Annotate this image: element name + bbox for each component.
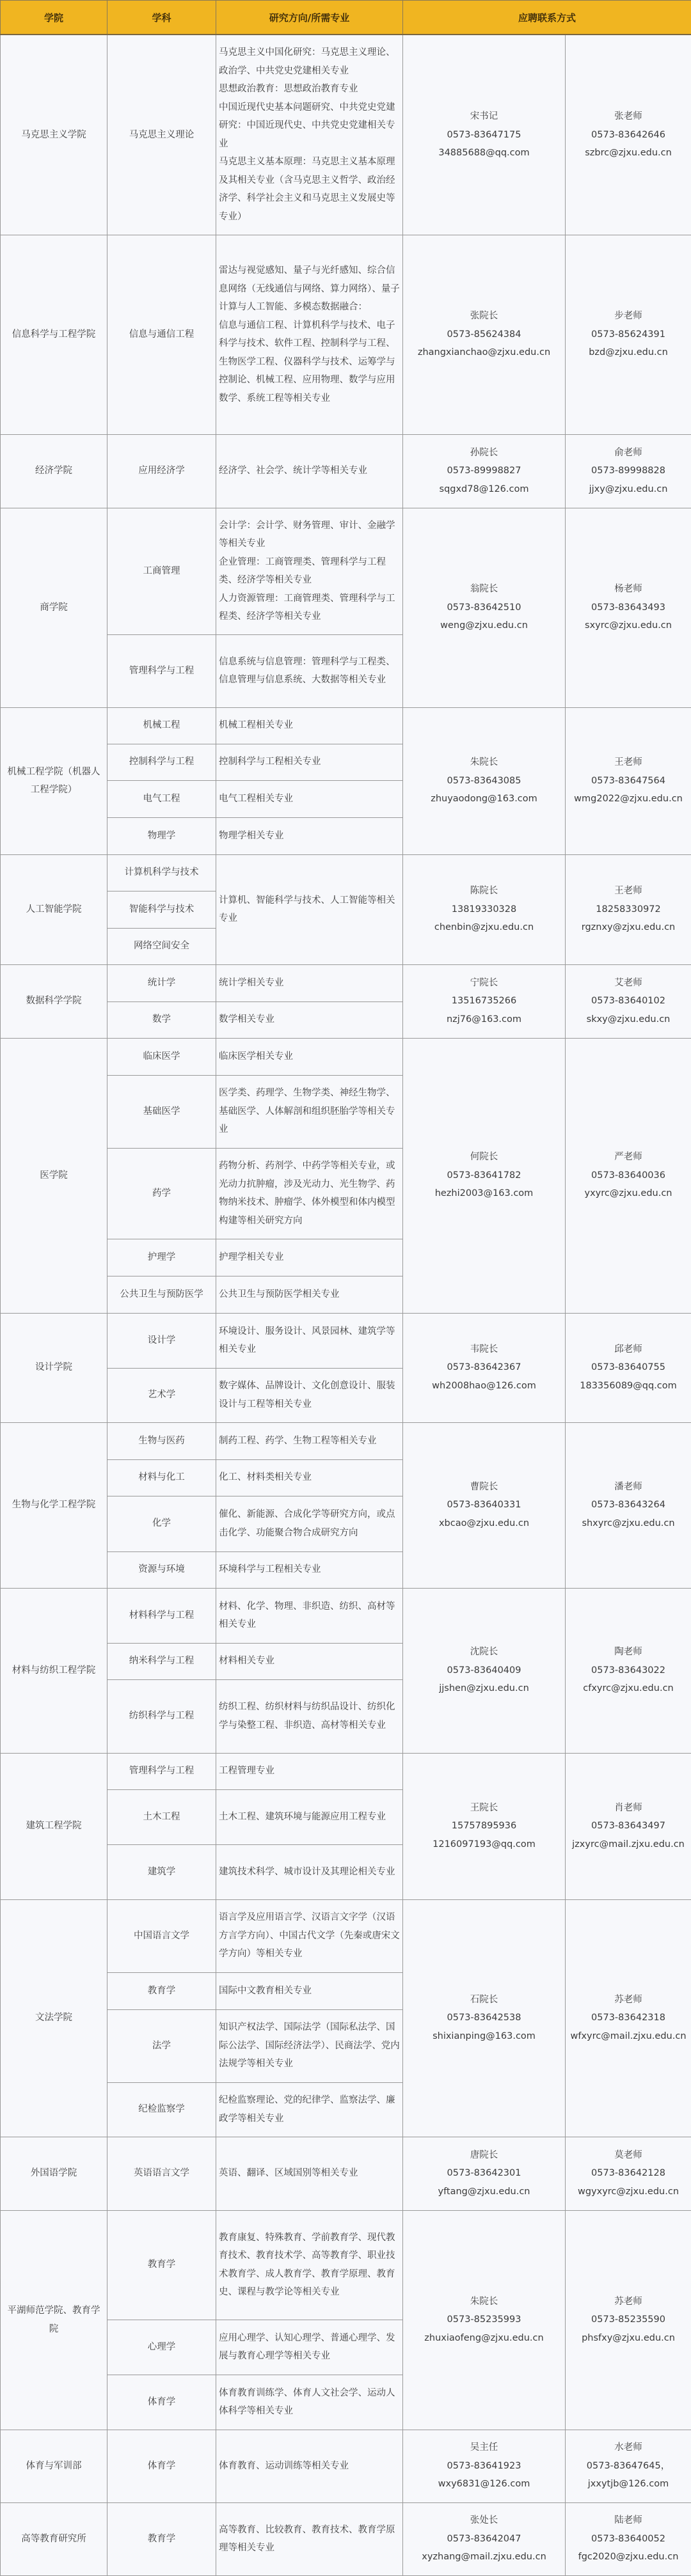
table-row: 设计学院设计学环境设计、服务设计、风景园林、建筑学等相关专业韦院长0573-83… <box>1 1313 691 1368</box>
table-row: 商学院工商管理会计学：会计学、财务管理、审计、金融学等相关专业 企业管理：工商管… <box>1 508 691 634</box>
research-direction: 材料相关专业 <box>216 1643 403 1679</box>
contact-name: 肖老师 <box>568 1799 688 1818</box>
discipline-name: 应用经济学 <box>107 434 216 508</box>
research-direction: 电气工程相关专业 <box>216 780 403 817</box>
contact-name: 石院长 <box>406 1991 562 2009</box>
college-name: 机械工程学院（机器人工程学院） <box>1 707 107 854</box>
discipline-name: 生物与医药 <box>107 1422 216 1459</box>
contact-email[interactable]: yxyrc@zjxu.edu.cn <box>568 1184 688 1203</box>
contact-name: 莫老师 <box>568 2146 688 2165</box>
discipline-name: 基础医学 <box>107 1075 216 1148</box>
contact-email[interactable]: sqgxd78@126.com <box>406 480 562 499</box>
contact-staff: 莫老师0573-83642128wgyxyrc@zjxu.edu.cn <box>566 2137 691 2210</box>
table-row: 体育与军训部体育学体育教育、运动训练等相关专业吴主任0573-83641923w… <box>1 2430 691 2502</box>
contact-email[interactable]: wfxyrc@mail.zjxu.edu.cn <box>568 2027 688 2046</box>
contact-email[interactable]: wgyxyrc@zjxu.edu.cn <box>568 2183 688 2201</box>
contact-email[interactable]: bzd@zjxu.edu.cn <box>568 343 688 362</box>
table-row: 马克思主义学院马克思主义理论马克思主义中国化研究：马克思主义理论、政治学、中共党… <box>1 35 691 235</box>
contact-email[interactable]: yftang@zjxu.edu.cn <box>406 2183 562 2201</box>
discipline-name: 工商管理 <box>107 508 216 634</box>
contact-email[interactable]: sxyrc@zjxu.edu.cn <box>568 617 688 635</box>
discipline-name: 设计学 <box>107 1313 216 1368</box>
table-row: 高等教育研究所教育学高等教育、比较教育、教育技术、教育学原理等相关专业张处长05… <box>1 2502 691 2575</box>
contact-name: 孙院长 <box>406 444 562 462</box>
research-direction: 马克思主义中国化研究：马克思主义理论、政治学、中共党史党建相关专业 思想政治教育… <box>216 35 403 235</box>
research-direction: 雷达与视觉感知、量子与光纤感知、综合信息网络（无线通信与网络、算力网络）、量子计… <box>216 235 403 434</box>
contact-staff: 俞老师0573-89998828jjxy@zjxu.edu.cn <box>566 434 691 508</box>
contact-email[interactable]: jjxy@zjxu.edu.cn <box>568 480 688 499</box>
contact-email[interactable]: hezhi2003@163.com <box>406 1184 562 1203</box>
contact-email[interactable]: weng@zjxu.edu.cn <box>406 617 562 635</box>
discipline-name: 计算机科学与技术 <box>107 854 216 891</box>
discipline-name: 护理学 <box>107 1239 216 1276</box>
contact-name: 沈院长 <box>406 1643 562 1661</box>
discipline-name: 纺织科学与工程 <box>107 1679 216 1753</box>
contact-email[interactable]: zhuyaodong@163.com <box>406 790 562 808</box>
contact-leader: 王院长157578959361216097193@qq.com <box>403 1753 566 1899</box>
discipline-name: 网络空间安全 <box>107 928 216 964</box>
discipline-name: 教育学 <box>107 2210 216 2320</box>
discipline-name: 电气工程 <box>107 780 216 817</box>
contact-name: 苏老师 <box>568 1991 688 2009</box>
contact-name: 杨老师 <box>568 580 688 599</box>
contact-name: 陈院长 <box>406 882 562 900</box>
table-row: 文法学院中国语言文学语言学及应用语言学、汉语言文字学（汉语方言学方向）、中国古代… <box>1 1899 691 1972</box>
contact-name: 张处长 <box>406 2511 562 2530</box>
contact-leader: 沈院长0573-83640409jjshen@zjxu.edu.cn <box>403 1588 566 1753</box>
contact-name: 曹院长 <box>406 1478 562 1496</box>
contact-email[interactable]: xyzhang@mail.zjxu.edu.cn <box>406 2548 562 2566</box>
contact-email[interactable]: zhuxiaofeng@zjxu.edu.cn <box>406 2329 562 2348</box>
college-name: 外国语学院 <box>1 2137 107 2210</box>
contact-phone: 0573-83641923 <box>406 2457 562 2476</box>
contact-name: 俞老师 <box>568 444 688 462</box>
college-name: 建筑工程学院 <box>1 1753 107 1899</box>
research-direction: 物理学相关专业 <box>216 817 403 854</box>
discipline-name: 物理学 <box>107 817 216 854</box>
research-direction: 教育康复、特殊教育、学前教育学、现代教育技术、教育技术学、高等教育学、职业技术教… <box>216 2210 403 2320</box>
research-direction: 高等教育、比较教育、教育技术、教育学原理等相关专业 <box>216 2502 403 2575</box>
contact-email[interactable]: skxy@zjxu.edu.cn <box>568 1010 688 1029</box>
discipline-name: 智能科学与技术 <box>107 891 216 928</box>
contact-phone: 13516735266 <box>406 992 562 1010</box>
contact-phone: 0573-85235993 <box>406 2311 562 2329</box>
discipline-name: 心理学 <box>107 2320 216 2375</box>
contact-phone: 0573-83647564 <box>568 772 688 790</box>
contact-staff: 王老师18258330972rgznxy@zjxu.edu.cn <box>566 854 691 964</box>
contact-staff: 潘老师0573-83643264shxyrc@zjxu.edu.cn <box>566 1422 691 1588</box>
research-direction: 制药工程、药学、生物工程等相关专业 <box>216 1422 403 1459</box>
contact-phone: 0573-85624384 <box>406 326 562 344</box>
contact-phone: 18258330972 <box>568 900 688 919</box>
table-row: 经济学院应用经济学经济学、社会学、统计学等相关专业孙院长0573-8999882… <box>1 434 691 508</box>
table-row: 建筑工程学院管理科学与工程工程管理专业王院长157578959361216097… <box>1 1753 691 1789</box>
research-direction: 环境设计、服务设计、风景园林、建筑学等相关专业 <box>216 1313 403 1368</box>
contact-staff: 肖老师0573-83643497jzxyrc@mail.zjxu.edu.cn <box>566 1753 691 1899</box>
contact-leader: 宋书记0573-8364717534885688@qq.com <box>403 35 566 235</box>
research-direction: 纺织工程、纺织材料与纺织品设计、纺织化学与染整工程、非织造、高材等相关专业 <box>216 1679 403 1753</box>
research-direction: 药物分析、药剂学、中药学等相关专业，或光动力抗肿瘤，涉及光动力、光生物学、药物纳… <box>216 1148 403 1239</box>
research-direction: 纪检监察理论、党的纪律学、监察法学、廉政学等相关专业 <box>216 2082 403 2137</box>
contact-staff: 陶老师0573-83643022cfxyrc@zjxu.edu.cn <box>566 1588 691 1753</box>
contact-staff: 苏老师0573-83642318wfxyrc@mail.zjxu.edu.cn <box>566 1899 691 2137</box>
discipline-name: 材料科学与工程 <box>107 1588 216 1643</box>
research-direction: 经济学、社会学、统计学等相关专业 <box>216 434 403 508</box>
contact-name: 张院长 <box>406 307 562 326</box>
contact-phone: 0573-83642301 <box>406 2164 562 2183</box>
research-direction: 公共卫生与预防医学相关专业 <box>216 1276 403 1313</box>
contact-leader: 宁院长13516735266nzj76@163.com <box>403 964 566 1038</box>
contact-leader: 石院长0573-83642538shixianping@163.com <box>403 1899 566 2137</box>
contact-leader: 孙院长0573-89998827sqgxd78@126.com <box>403 434 566 508</box>
discipline-name: 统计学 <box>107 964 216 1001</box>
discipline-name: 临床医学 <box>107 1038 216 1075</box>
college-name: 生物与化学工程学院 <box>1 1422 107 1588</box>
research-direction: 语言学及应用语言学、汉语言文字学（汉语方言学方向）、中国古代文学（先秦或唐宋文学… <box>216 1899 403 1972</box>
research-direction: 体育教育训练学、体育人文社会学、运动人体科学等相关专业 <box>216 2375 403 2430</box>
contact-phone: 0573-83643022 <box>568 1661 688 1680</box>
contact-phone: 0573-83640052 <box>568 2530 688 2549</box>
contact-leader: 张院长0573-85624384zhangxianchao@zjxu.edu.c… <box>403 235 566 434</box>
contact-name: 步老师 <box>568 307 688 326</box>
contact-leader: 朱院长0573-83643085zhuyaodong@163.com <box>403 707 566 854</box>
college-name: 材料与纺织工程学院 <box>1 1588 107 1753</box>
header-contact: 应聘联系方式 <box>403 1 691 35</box>
contact-name: 朱院长 <box>406 753 562 772</box>
research-direction: 知识产权法学、国际法学（国际私法学、国际公法学、国际经济法学）、民商法学、党内法… <box>216 2009 403 2082</box>
contact-name: 邱老师 <box>568 1340 688 1359</box>
research-direction: 医学类、药理学、生物学类、神经生物学、基础医学、人体解剖和组织胚胎学等相关专业 <box>216 1075 403 1148</box>
contact-leader: 陈院长13819330328chenbin@zjxu.edu.cn <box>403 854 566 964</box>
discipline-name: 土木工程 <box>107 1789 216 1844</box>
contact-email[interactable]: shixianping@163.com <box>406 2027 562 2046</box>
discipline-name: 教育学 <box>107 1972 216 2009</box>
contact-leader: 唐院长0573-83642301yftang@zjxu.edu.cn <box>403 2137 566 2210</box>
contact-phone: 0573-83642646 <box>568 126 688 145</box>
research-direction: 数学相关专业 <box>216 1001 403 1038</box>
discipline-name: 化学 <box>107 1496 216 1551</box>
college-name: 信息科学与工程学院 <box>1 235 107 434</box>
research-direction: 催化、新能源、合成化学等研究方向，或点击化学、功能聚合物合成研究方向 <box>216 1496 403 1551</box>
research-direction: 环境科学与工程相关专业 <box>216 1551 403 1588</box>
contact-phone: 0573-89998828 <box>568 462 688 480</box>
contact-email[interactable]: cfxyrc@zjxu.edu.cn <box>568 1679 688 1698</box>
header-discipline: 学科 <box>107 1 216 35</box>
discipline-name: 马克思主义理论 <box>107 35 216 235</box>
contact-phone: 0573-85624391 <box>568 326 688 344</box>
contact-name: 宁院长 <box>406 974 562 993</box>
contact-name: 韦院长 <box>406 1340 562 1359</box>
contact-phone: 0573-83642128 <box>568 2164 688 2183</box>
recruitment-table: 学院 学科 研究方向/所需专业 应聘联系方式 马克思主义学院马克思主义理论马克思… <box>0 0 691 2576</box>
contact-name: 苏老师 <box>568 2293 688 2311</box>
contact-phone: 0573-83643085 <box>406 772 562 790</box>
contact-name: 翁院长 <box>406 580 562 599</box>
contact-phone: 0573-83642510 <box>406 599 562 617</box>
contact-leader: 张处长0573-83642047xyzhang@mail.zjxu.edu.cn <box>403 2502 566 2575</box>
contact-staff: 步老师0573-85624391bzd@zjxu.edu.cn <box>566 235 691 434</box>
header-college: 学院 <box>1 1 107 35</box>
contact-staff: 陆老师0573-83640052fgc2020@zjxu.edu.cn <box>566 2502 691 2575</box>
research-direction: 土木工程、建筑环境与能源应用工程专业 <box>216 1789 403 1844</box>
discipline-name: 机械工程 <box>107 707 216 744</box>
contact-email[interactable]: wmg2022@zjxu.edu.cn <box>568 790 688 808</box>
contact-email[interactable]: phsfxy@zjxu.edu.cn <box>568 2329 688 2348</box>
contact-name: 陶老师 <box>568 1643 688 1661</box>
discipline-name: 体育学 <box>107 2375 216 2430</box>
college-name: 体育与军训部 <box>1 2430 107 2502</box>
research-direction: 信息系统与信息管理：管理科学与工程类、信息管理与信息系统、大数据等相关专业 <box>216 634 403 707</box>
research-direction: 化工、材料类相关专业 <box>216 1459 403 1496</box>
table-row: 医学院临床医学临床医学相关专业何院长0573-83641782hezhi2003… <box>1 1038 691 1075</box>
discipline-name: 信息与通信工程 <box>107 235 216 434</box>
contact-phone: 0573-85235590 <box>568 2311 688 2329</box>
contact-name: 潘老师 <box>568 1478 688 1496</box>
discipline-name: 纳米科学与工程 <box>107 1643 216 1679</box>
contact-phone: 0573-83640036 <box>568 1166 688 1185</box>
contact-staff: 严老师0573-83640036yxyrc@zjxu.edu.cn <box>566 1038 691 1313</box>
contact-email[interactable]: fgc2020@zjxu.edu.cn <box>568 2548 688 2566</box>
contact-phone: 0573-83647175 <box>406 126 562 145</box>
contact-name: 王老师 <box>568 753 688 772</box>
contact-email[interactable]: chenbin@zjxu.edu.cn <box>406 918 562 937</box>
discipline-name: 数学 <box>107 1001 216 1038</box>
college-name: 人工智能学院 <box>1 854 107 964</box>
table-row: 数据科学学院统计学统计学相关专业宁院长13516735266nzj76@163.… <box>1 964 691 1001</box>
contact-leader: 韦院长0573-83642367wh2008hao@126.com <box>403 1313 566 1422</box>
college-name: 医学院 <box>1 1038 107 1313</box>
discipline-name: 公共卫生与预防医学 <box>107 1276 216 1313</box>
contact-email[interactable]: zhangxianchao@zjxu.edu.cn <box>406 343 562 362</box>
discipline-name: 体育学 <box>107 2430 216 2502</box>
college-name: 平湖师范学院、教育学院 <box>1 2210 107 2430</box>
discipline-name: 教育学 <box>107 2502 216 2575</box>
college-name: 马克思主义学院 <box>1 35 107 235</box>
contact-email[interactable]: szbrc@zjxu.edu.cn <box>568 144 688 162</box>
contact-name: 水老师 <box>568 2439 688 2457</box>
research-direction: 统计学相关专业 <box>216 964 403 1001</box>
contact-name: 何院长 <box>406 1148 562 1166</box>
contact-name: 王院长 <box>406 1799 562 1818</box>
table-header-row: 学院 学科 研究方向/所需专业 应聘联系方式 <box>1 1 691 35</box>
contact-name: 陆老师 <box>568 2511 688 2530</box>
contact-phone: 15757895936 <box>406 1817 562 1835</box>
college-name: 数据科学学院 <box>1 964 107 1038</box>
table-row: 材料与纺织工程学院材料科学与工程材料、化学、物理、非织造、纺织、高材等相关专业沈… <box>1 1588 691 1643</box>
contact-email[interactable]: jzxyrc@mail.zjxu.edu.cn <box>568 1835 688 1854</box>
contact-phone: 0573-83642538 <box>406 2009 562 2027</box>
contact-leader: 翁院长0573-83642510weng@zjxu.edu.cn <box>403 508 566 707</box>
table-row: 外国语学院英语语言文学英语、翻译、区域国别等相关专业唐院长0573-836423… <box>1 2137 691 2210</box>
college-name: 设计学院 <box>1 1313 107 1422</box>
contact-phone: 13819330328 <box>406 900 562 919</box>
table-row: 生物与化学工程学院生物与医药制药工程、药学、生物工程等相关专业曹院长0573-8… <box>1 1422 691 1459</box>
contact-staff: 张老师0573-83642646szbrc@zjxu.edu.cn <box>566 35 691 235</box>
contact-email[interactable]: nzj76@163.com <box>406 1010 562 1029</box>
contact-email[interactable]: rgznxy@zjxu.edu.cn <box>568 918 688 937</box>
contact-staff: 水老师0573-83647645，jxxytjb@126.com <box>566 2430 691 2502</box>
contact-phone: 0573-83641782 <box>406 1166 562 1185</box>
contact-leader: 曹院长0573-83640331xbcao@zjxu.edu.cn <box>403 1422 566 1588</box>
contact-phone: 0573-83642367 <box>406 1358 562 1377</box>
research-direction: 应用心理学、认知心理学、普通心理学、发展与教育心理学等相关专业 <box>216 2320 403 2375</box>
contact-leader: 朱院长0573-85235993zhuxiaofeng@zjxu.edu.cn <box>403 2210 566 2430</box>
contact-name: 艾老师 <box>568 974 688 993</box>
contact-leader: 吴主任0573-83641923wxy6831@126.com <box>403 2430 566 2502</box>
contact-phone: 0573-83640409 <box>406 1661 562 1680</box>
contact-phone: 0573-83640755 <box>568 1358 688 1377</box>
contact-email[interactable]: jxxytjb@126.com <box>568 2475 688 2494</box>
discipline-name: 英语语言文学 <box>107 2137 216 2210</box>
contact-phone: 0573-83643497 <box>568 1817 688 1835</box>
research-direction: 数字媒体、品牌设计、文化创意设计、服装设计与工程等相关专业 <box>216 1368 403 1422</box>
research-direction: 工程管理专业 <box>216 1753 403 1789</box>
research-direction: 会计学：会计学、财务管理、审计、金融学等相关专业 企业管理：工商管理类、管理科学… <box>216 508 403 634</box>
contact-email[interactable]: 34885688@qq.com <box>406 144 562 162</box>
college-name: 商学院 <box>1 508 107 707</box>
research-direction: 控制科学与工程相关专业 <box>216 744 403 780</box>
contact-phone: 0573-83642047 <box>406 2530 562 2549</box>
college-name: 文法学院 <box>1 1899 107 2137</box>
contact-phone: 0573-83640102 <box>568 992 688 1010</box>
contact-phone: 0573-83643264 <box>568 1496 688 1514</box>
table-row: 人工智能学院计算机科学与技术计算机、智能科学与技术、人工智能等相关专业陈院长13… <box>1 854 691 891</box>
contact-email[interactable]: xbcao@zjxu.edu.cn <box>406 1514 562 1533</box>
research-direction: 英语、翻译、区域国别等相关专业 <box>216 2137 403 2210</box>
discipline-name: 建筑学 <box>107 1844 216 1899</box>
contact-staff: 艾老师0573-83640102skxy@zjxu.edu.cn <box>566 964 691 1038</box>
contact-leader: 何院长0573-83641782hezhi2003@163.com <box>403 1038 566 1313</box>
contact-name: 张老师 <box>568 107 688 126</box>
research-direction: 材料、化学、物理、非织造、纺织、高材等相关专业 <box>216 1588 403 1643</box>
research-direction: 国际中文教育相关专业 <box>216 1972 403 2009</box>
research-direction: 护理学相关专业 <box>216 1239 403 1276</box>
contact-email[interactable]: 183356089@qq.com <box>568 1377 688 1395</box>
discipline-name: 纪检监察学 <box>107 2082 216 2137</box>
contact-phone: 0573-83642318 <box>568 2009 688 2027</box>
research-direction: 建筑技术科学、城市设计及其理论相关专业 <box>216 1844 403 1899</box>
table-row: 信息科学与工程学院信息与通信工程雷达与视觉感知、量子与光纤感知、综合信息网络（无… <box>1 235 691 434</box>
discipline-name: 材料与化工 <box>107 1459 216 1496</box>
discipline-name: 控制科学与工程 <box>107 744 216 780</box>
contact-name: 宋书记 <box>406 107 562 126</box>
table-row: 机械工程学院（机器人工程学院）机械工程机械工程相关专业朱院长0573-83643… <box>1 707 691 744</box>
college-name: 高等教育研究所 <box>1 2502 107 2575</box>
research-direction: 体育教育、运动训练等相关专业 <box>216 2430 403 2502</box>
discipline-name: 资源与环境 <box>107 1551 216 1588</box>
contact-name: 王老师 <box>568 882 688 900</box>
contact-name: 严老师 <box>568 1148 688 1166</box>
contact-name: 唐院长 <box>406 2146 562 2165</box>
contact-staff: 杨老师0573-83643493sxyrc@zjxu.edu.cn <box>566 508 691 707</box>
contact-phone: 0573-83647645， <box>568 2457 688 2476</box>
table-row: 平湖师范学院、教育学院教育学教育康复、特殊教育、学前教育学、现代教育技术、教育技… <box>1 2210 691 2320</box>
contact-staff: 苏老师0573-85235590phsfxy@zjxu.edu.cn <box>566 2210 691 2430</box>
discipline-name: 中国语言文学 <box>107 1899 216 1972</box>
contact-name: 吴主任 <box>406 2439 562 2457</box>
college-name: 经济学院 <box>1 434 107 508</box>
contact-phone: 0573-83643493 <box>568 599 688 617</box>
contact-staff: 王老师0573-83647564wmg2022@zjxu.edu.cn <box>566 707 691 854</box>
discipline-name: 艺术学 <box>107 1368 216 1422</box>
contact-staff: 邱老师0573-83640755183356089@qq.com <box>566 1313 691 1422</box>
header-research: 研究方向/所需专业 <box>216 1 403 35</box>
discipline-name: 管理科学与工程 <box>107 1753 216 1789</box>
contact-email[interactable]: 1216097193@qq.com <box>406 1835 562 1854</box>
contact-name: 朱院长 <box>406 2293 562 2311</box>
contact-email[interactable]: wxy6831@126.com <box>406 2475 562 2494</box>
research-direction: 计算机、智能科学与技术、人工智能等相关专业 <box>216 854 403 964</box>
research-direction: 临床医学相关专业 <box>216 1038 403 1075</box>
contact-email[interactable]: jjshen@zjxu.edu.cn <box>406 1679 562 1698</box>
research-direction: 机械工程相关专业 <box>216 707 403 744</box>
contact-phone: 0573-83640331 <box>406 1496 562 1514</box>
discipline-name: 管理科学与工程 <box>107 634 216 707</box>
contact-email[interactable]: shxyrc@zjxu.edu.cn <box>568 1514 688 1533</box>
contact-email[interactable]: wh2008hao@126.com <box>406 1377 562 1395</box>
contact-phone: 0573-89998827 <box>406 462 562 480</box>
discipline-name: 法学 <box>107 2009 216 2082</box>
discipline-name: 药学 <box>107 1148 216 1239</box>
